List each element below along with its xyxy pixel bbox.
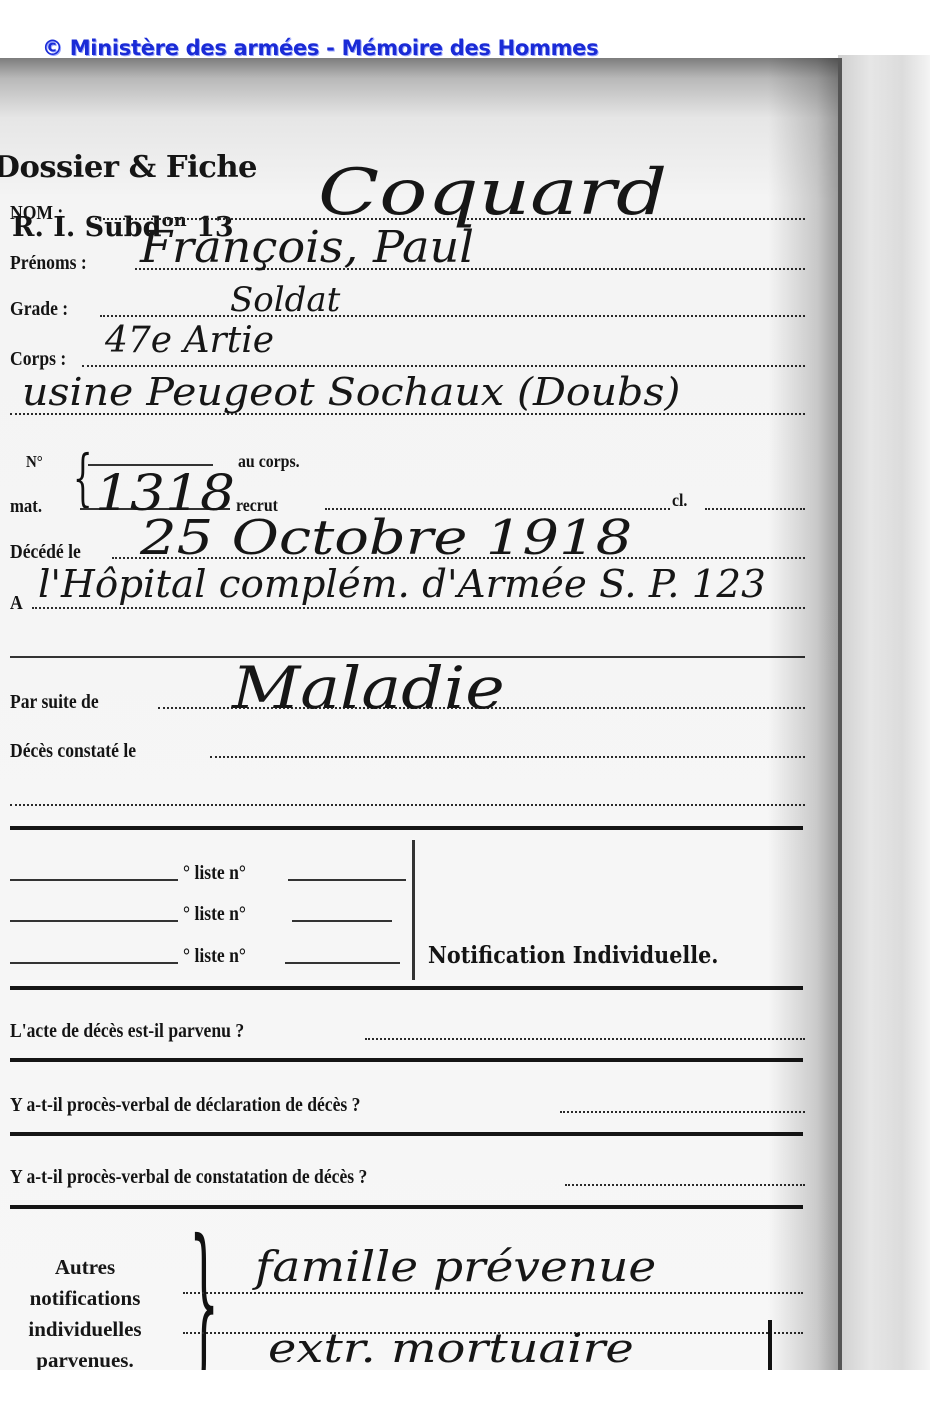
decede-le-label: Décédé le: [10, 541, 81, 564]
decede-le-value: 25 Octobre 1918: [140, 510, 632, 566]
a-label: A: [10, 592, 23, 615]
liste-2-label: ° liste n°: [183, 903, 246, 926]
corps-label: Corps :: [10, 348, 66, 371]
section-rule-3: [10, 1058, 803, 1062]
question-pv-declaration: Y a-t-il procès-verbal de déclaration de…: [10, 1094, 360, 1117]
au-corps-label: au corps.: [238, 451, 300, 472]
autres-line-a: [183, 1292, 803, 1294]
autres-notifications-label: Autres notifications individuelles parve…: [10, 1252, 160, 1370]
deces-constate-label: Décès constaté le: [10, 740, 136, 763]
scan-background: [838, 55, 930, 1370]
autres-line-1: Autres: [10, 1252, 160, 1283]
autres-entry-1: famille prévenue: [255, 1242, 656, 1291]
grade-line: [100, 315, 805, 317]
classe-line: [705, 508, 805, 510]
question-pv-constatation: Y a-t-il procès-verbal de constatation d…: [10, 1166, 367, 1189]
liste-1-label: ° liste n°: [183, 862, 246, 885]
nom-value: Coquard: [318, 156, 667, 230]
section-rule-5: [10, 1205, 803, 1209]
liste-divider: [412, 840, 415, 980]
par-suite-de-label: Par suite de: [10, 691, 99, 714]
death-record-card: Dossier & Fiche R. I. Subdon 13 NOM : Co…: [0, 58, 842, 1370]
section-rule-1: [10, 826, 803, 830]
a-line: [32, 607, 805, 609]
grade-value: Soldat: [230, 280, 340, 320]
liste-1-line-left: [10, 879, 178, 881]
liste-3-text: liste n°: [194, 945, 246, 967]
right-bracket-mark: [768, 1320, 772, 1370]
autres-line-2: notifications: [10, 1283, 160, 1314]
grade-label: Grade :: [10, 298, 68, 321]
matricule-label: mat.: [10, 496, 42, 518]
autres-line-3: individuelles: [10, 1314, 160, 1345]
prenoms-label: Prénoms :: [10, 252, 87, 275]
liste-2-text: liste n°: [194, 903, 246, 925]
corps-value: 47e Artie: [105, 320, 274, 361]
corps-line: [82, 365, 805, 367]
autres-line-4: parvenues.: [10, 1345, 160, 1370]
liste-2-line-right: [292, 920, 392, 922]
numero-brace: {: [73, 441, 93, 514]
autres-entry-2: extr. mortuaire: [268, 1326, 634, 1370]
liste-1-text: liste n°: [194, 862, 246, 884]
section-rule-4: [10, 1132, 803, 1136]
liste-2-line-left: [10, 920, 178, 922]
classe-label: cl.: [672, 490, 687, 511]
section-rule-2: [10, 986, 803, 990]
a-value: l'Hôpital complém. d'Armée S. P. 123: [38, 562, 766, 606]
numero-label: N°: [26, 452, 43, 472]
question-pv-constatation-line: [565, 1184, 805, 1186]
liste-3-line-right: [285, 962, 400, 964]
deces-constate-line-2: [10, 804, 805, 806]
prenoms-value: François, Paul: [140, 222, 474, 273]
question-pv-declaration-line: [560, 1111, 805, 1113]
copyright-watermark: © Ministère des armées - Mémoire des Hom…: [42, 36, 598, 60]
corps-value-line2: usine Peugeot Sochaux (Doubs): [22, 370, 680, 414]
question-acte-deces-line: [365, 1038, 805, 1040]
notification-title: Notification Individuelle.: [428, 942, 718, 969]
nom-label: NOM :: [10, 202, 63, 225]
liste-1-line-right: [288, 879, 406, 881]
autres-brace: }: [189, 1218, 219, 1370]
par-suite-de-value: Maladie: [232, 654, 505, 722]
liste-3-line-left: [10, 962, 178, 964]
deces-constate-line: [210, 756, 805, 758]
card-title: Dossier & Fiche: [0, 150, 257, 185]
question-acte-deces: L'acte de décès est-il parvenu ?: [10, 1020, 244, 1043]
liste-3-label: ° liste n°: [183, 945, 246, 968]
